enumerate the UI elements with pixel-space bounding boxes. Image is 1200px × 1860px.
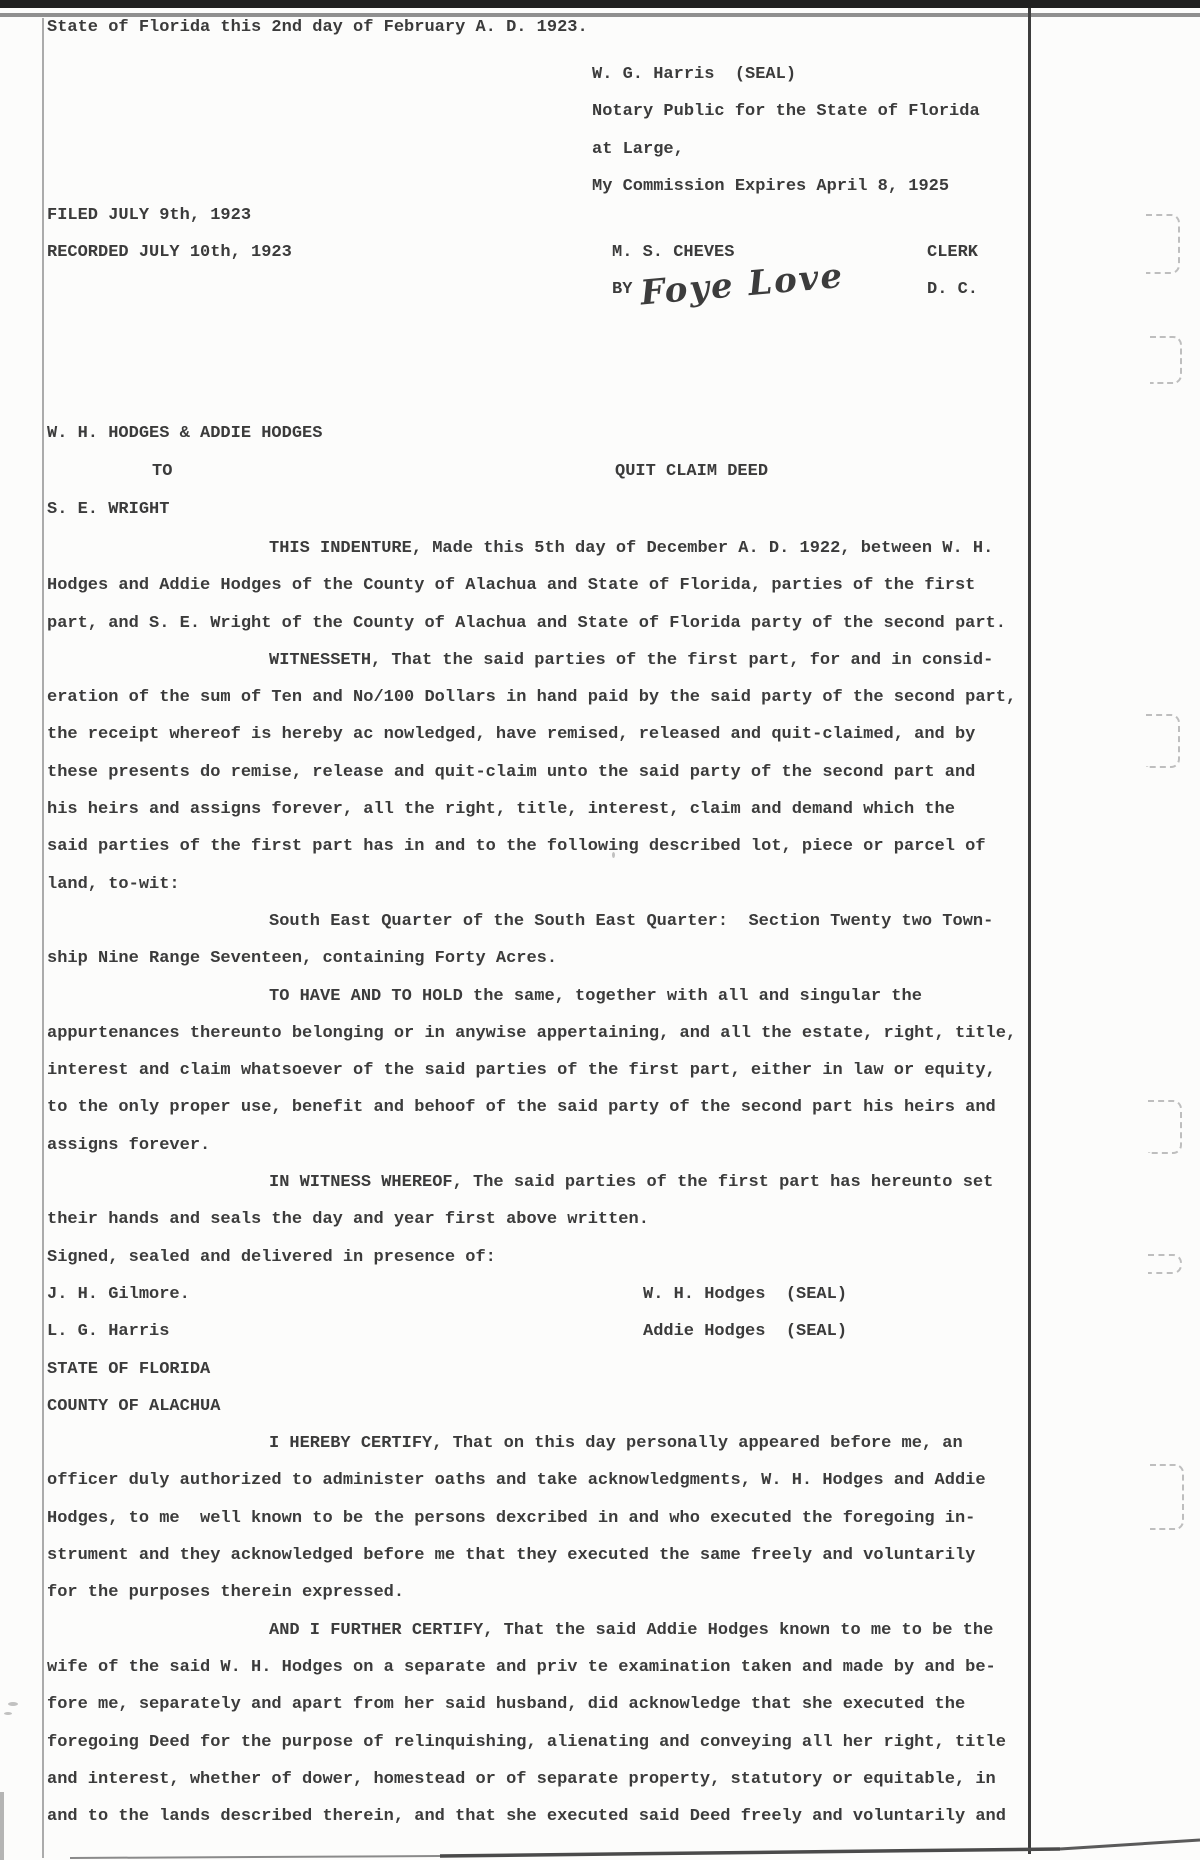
line-text: L. G. Harris (47, 1322, 169, 1341)
deed-text-line: land, to-wit: (47, 866, 1016, 903)
deed-text-line: WITNESSETH, That the said parties of the… (47, 642, 1016, 679)
line-text: said parties of the first part has in an… (47, 837, 986, 856)
deed-text-line: Notary Public for the State of Florida (592, 93, 980, 130)
deed-text-line: South East Quarter of the South East Qua… (47, 903, 1016, 940)
scan-top-line (0, 13, 1200, 17)
line-text: TO HAVE AND TO HOLD the same, together w… (47, 987, 922, 1006)
deed-text-line: fore me, separately and apart from her s… (47, 1686, 1016, 1723)
acknowledgment-date-line: State of Florida this 2nd day of Februar… (47, 18, 588, 37)
deed-text-line: strument and they acknowledged before me… (47, 1537, 1016, 1574)
deed-text-line: his heirs and assigns forever, all the r… (47, 791, 1016, 828)
line-text: for the purposes therein expressed. (47, 1583, 404, 1602)
deputy-signature-text: Foye Love (638, 256, 846, 311)
deed-text-line: assigns forever. (47, 1127, 1016, 1164)
line-text: My Commission Expires April 8, 1925 (592, 177, 949, 196)
line-text: ship Nine Range Seventeen, containing Fo… (47, 949, 557, 968)
scan-speckle (4, 1712, 12, 1715)
deed-text-line: Hodges, to me well known to be the perso… (47, 1500, 1016, 1537)
deed-text-line: ship Nine Range Seventeen, containing Fo… (47, 940, 1016, 977)
deed-body: THIS INDENTURE, Made this 5th day of Dec… (47, 530, 1016, 1835)
line-text: fore me, separately and apart from her s… (47, 1695, 965, 1714)
punch-mark-icon (1150, 336, 1182, 384)
deed-text-line: THIS INDENTURE, Made this 5th day of Dec… (47, 530, 1016, 567)
deed-text-line: Signed, sealed and delivered in presence… (47, 1239, 1016, 1276)
line-text: these presents do remise, release and qu… (47, 763, 975, 782)
scan-speckle (8, 1702, 18, 1706)
line-text: AND I FURTHER CERTIFY, That the said Add… (47, 1621, 993, 1640)
deed-text-line: interest and claim whatsoever of the sai… (47, 1052, 1016, 1089)
deed-text-line: wife of the said W. H. Hodges on a separ… (47, 1649, 1016, 1686)
line-text: officer duly authorized to administer oa… (47, 1471, 986, 1490)
line-text: appurtenances thereunto belonging or in … (47, 1024, 1016, 1043)
line-text: eration of the sum of Ten and No/100 Dol… (47, 688, 1016, 707)
line-text: Notary Public for the State of Florida (592, 102, 980, 121)
deed-text-line: eration of the sum of Ten and No/100 Dol… (47, 679, 1016, 716)
deed-record-page: State of Florida this 2nd day of Februar… (0, 0, 1200, 1860)
deed-text-line: I HEREBY CERTIFY, That on this day perso… (47, 1425, 1016, 1462)
deed-text-line: part, and S. E. Wright of the County of … (47, 605, 1016, 642)
scan-bottom-edge (0, 1828, 1200, 1860)
signature-text: W. H. Hodges (SEAL) (643, 1276, 847, 1313)
signature-text: Addie Hodges (SEAL) (643, 1313, 847, 1350)
deed-text-line: at Large, (592, 131, 980, 168)
filed-stamp: FILED JULY 9th, 1923 (47, 206, 251, 225)
line-text: STATE OF FLORIDA (47, 1360, 210, 1379)
line-text: interest and claim whatsoever of the sai… (47, 1061, 996, 1080)
deed-text-line: the receipt whereof is hereby ac nowledg… (47, 716, 1016, 753)
to-label: TO (152, 462, 172, 481)
deed-text-line: W. G. Harris (SEAL) (592, 56, 980, 93)
punch-mark-icon (1146, 214, 1180, 274)
deed-text-line: COUNTY OF ALACHUA (47, 1388, 1016, 1425)
line-text: the receipt whereof is hereby ac nowledg… (47, 725, 975, 744)
grantor-name: W. H. HODGES & ADDIE HODGES (47, 424, 322, 443)
line-text: W. G. Harris (SEAL) (592, 65, 796, 84)
line-text: Signed, sealed and delivered in presence… (47, 1248, 496, 1267)
scan-top-band (0, 0, 1200, 8)
clerk-title: CLERK (927, 243, 978, 262)
deed-text-line: STATE OF FLORIDA (47, 1351, 1016, 1388)
deed-text-line: L. G. HarrisAddie Hodges (SEAL) (47, 1313, 1016, 1350)
deed-text-line: for the purposes therein expressed. (47, 1574, 1016, 1611)
line-text: Hodges and Addie Hodges of the County of… (47, 576, 975, 595)
deputy-clerk-signature: Foye Love (636, 255, 864, 311)
punch-mark-icon (1148, 1254, 1182, 1274)
line-text: assigns forever. (47, 1136, 210, 1155)
instrument-title: QUIT CLAIM DEED (615, 462, 768, 481)
deed-text-line: these presents do remise, release and qu… (47, 754, 1016, 791)
deed-text-line: foregoing Deed for the purpose of relinq… (47, 1724, 1016, 1761)
deed-text-line: and interest, whether of dower, homestea… (47, 1761, 1016, 1798)
line-text: COUNTY OF ALACHUA (47, 1397, 220, 1416)
page-right-rule (1028, 8, 1031, 1854)
line-text: South East Quarter of the South East Qua… (47, 912, 993, 931)
line-text: WITNESSETH, That the said parties of the… (47, 651, 993, 670)
line-text: THIS INDENTURE, Made this 5th day of Dec… (47, 539, 993, 558)
punch-mark-icon (1150, 1464, 1184, 1530)
line-text: to the only proper use, benefit and beho… (47, 1098, 996, 1117)
line-text: wife of the said W. H. Hodges on a separ… (47, 1658, 996, 1677)
page-left-rule (42, 18, 44, 1858)
deed-text-line: said parties of the first part has in an… (47, 828, 1016, 865)
line-text: IN WITNESS WHEREOF, The said parties of … (47, 1173, 993, 1192)
line-text: I HEREBY CERTIFY, That on this day perso… (47, 1434, 963, 1453)
line-text: at Large, (592, 140, 684, 159)
deed-text-line: officer duly authorized to administer oa… (47, 1462, 1016, 1499)
deed-text-line: their hands and seals the day and year f… (47, 1201, 1016, 1238)
deed-text-line: TO HAVE AND TO HOLD the same, together w… (47, 978, 1016, 1015)
line-text: and interest, whether of dower, homestea… (47, 1770, 996, 1789)
deed-text-line: Hodges and Addie Hodges of the County of… (47, 567, 1016, 604)
line-text: land, to-wit: (47, 875, 180, 894)
line-text: foregoing Deed for the purpose of relinq… (47, 1733, 1006, 1752)
deputy-title: D. C. (927, 280, 978, 299)
line-text: strument and they acknowledged before me… (47, 1546, 975, 1565)
deed-text-line: to the only proper use, benefit and beho… (47, 1089, 1016, 1126)
punch-mark-icon (1146, 714, 1180, 768)
line-text: part, and S. E. Wright of the County of … (47, 614, 1006, 633)
line-text: and to the lands described therein, and … (47, 1807, 1006, 1826)
by-label: BY (612, 280, 632, 299)
deed-text-line: AND I FURTHER CERTIFY, That the said Add… (47, 1612, 1016, 1649)
line-text: their hands and seals the day and year f… (47, 1210, 649, 1229)
punch-mark-icon (1148, 1100, 1182, 1154)
grantee-name: S. E. WRIGHT (47, 500, 169, 519)
line-text: Hodges, to me well known to be the perso… (47, 1509, 975, 1528)
deed-text-line: appurtenances thereunto belonging or in … (47, 1015, 1016, 1052)
deed-text-line: J. H. Gilmore.W. H. Hodges (SEAL) (47, 1276, 1016, 1313)
recorded-stamp: RECORDED JULY 10th, 1923 (47, 243, 292, 262)
deed-text-line: IN WITNESS WHEREOF, The said parties of … (47, 1164, 1016, 1201)
notary-block: W. G. Harris (SEAL)Notary Public for the… (592, 56, 980, 205)
deed-text-line: My Commission Expires April 8, 1925 (592, 168, 980, 205)
line-text: J. H. Gilmore. (47, 1285, 190, 1304)
line-text: his heirs and assigns forever, all the r… (47, 800, 955, 819)
